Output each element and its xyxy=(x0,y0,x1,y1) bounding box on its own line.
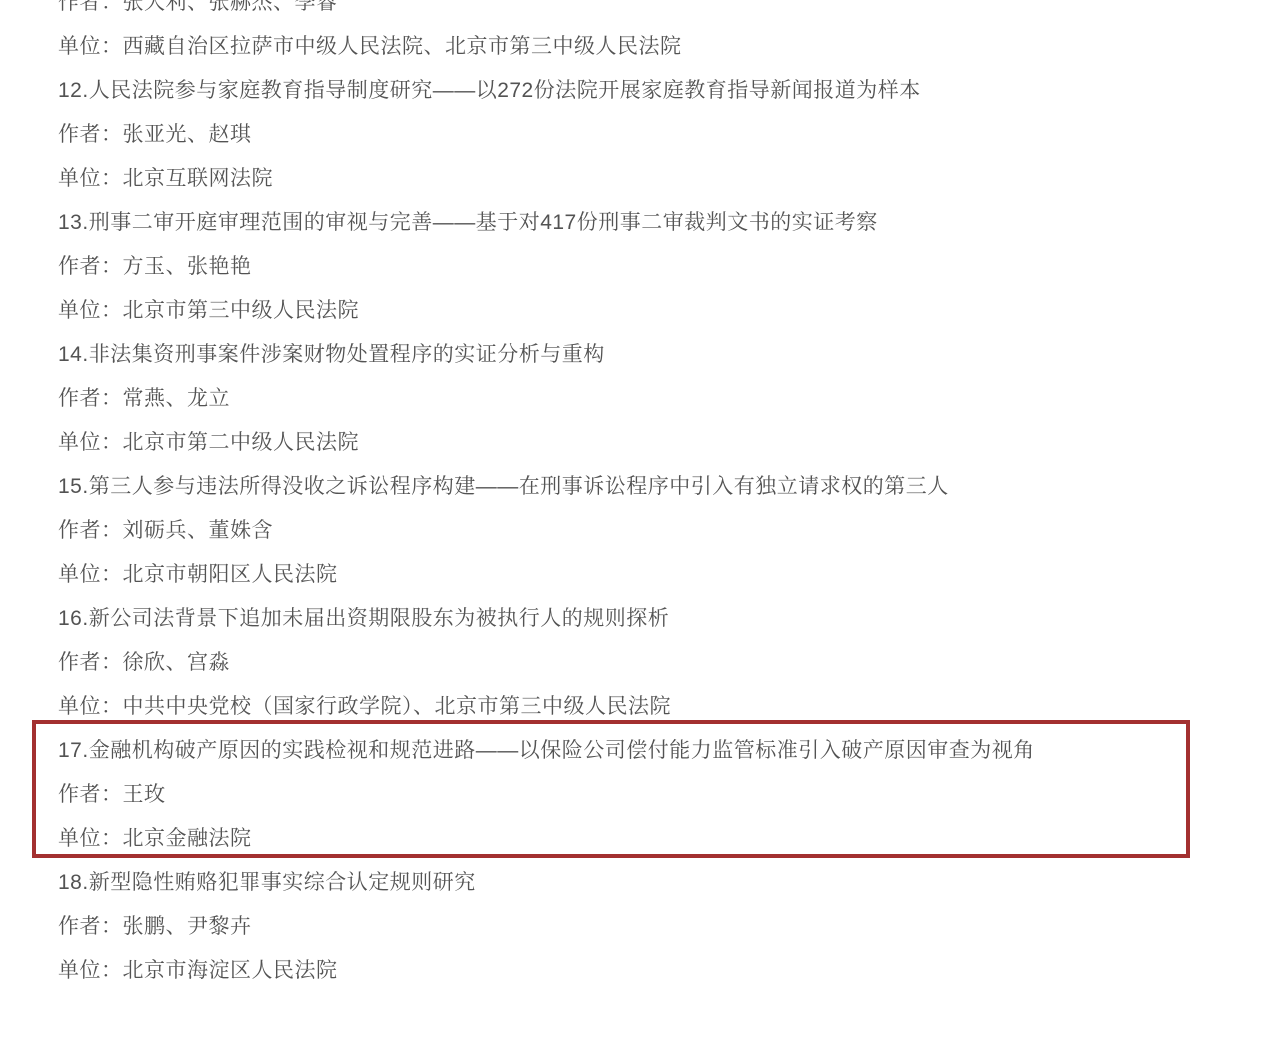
entry-title-line: 16.新公司法背景下追加未届出资期限股东为被执行人的规则探析 xyxy=(58,597,1238,641)
entry-author-line: 作者：徐欣、宫淼 xyxy=(58,641,1238,685)
entry-author-line: 作者：常燕、龙立 xyxy=(58,377,1238,421)
entry-author-line: 作者：王玫 xyxy=(58,773,1238,817)
entry-title-line: 13.刑事二审开庭审理范围的审视与完善——基于对417份刑事二审裁判文书的实证考… xyxy=(58,201,1238,245)
entry-unit-line: 单位：北京金融法院 xyxy=(58,817,1238,861)
entry-title-line: 14.非法集资刑事案件涉案财物处置程序的实证分析与重构 xyxy=(58,333,1238,377)
entry-title-line: 17.金融机构破产原因的实践检视和规范进路——以保险公司偿付能力监管标准引入破产… xyxy=(58,729,1238,773)
entry-title-line: 15.第三人参与违法所得没收之诉讼程序构建——在刑事诉讼程序中引入有独立请求权的… xyxy=(58,465,1238,509)
entry-unit-line: 单位：北京市第二中级人民法院 xyxy=(58,421,1238,465)
entry-unit-line: 单位：中共中央党校（国家行政学院）、北京市第三中级人民法院 xyxy=(58,685,1238,729)
entry-author-line: 作者：张鹏、尹黎卉 xyxy=(58,905,1238,949)
entry-unit-line: 单位：北京互联网法院 xyxy=(58,157,1238,201)
entry-author-line: 作者：张亚光、赵琪 xyxy=(58,113,1238,157)
entry-author-line: 作者：刘砺兵、董姝含 xyxy=(58,509,1238,553)
entry-author-line: 作者：张大利、张赫杰、李睿 xyxy=(58,0,1238,25)
document-page: 作者：张大利、张赫杰、李睿 单位：西藏自治区拉萨市中级人民法院、北京市第三中级人… xyxy=(58,0,1238,993)
entry-title-line: 12.人民法院参与家庭教育指导制度研究——以272份法院开展家庭教育指导新闻报道… xyxy=(58,69,1238,113)
entry-title-line: 18.新型隐性贿赂犯罪事实综合认定规则研究 xyxy=(58,861,1238,905)
entry-unit-line: 单位：北京市朝阳区人民法院 xyxy=(58,553,1238,597)
entry-unit-line: 单位：西藏自治区拉萨市中级人民法院、北京市第三中级人民法院 xyxy=(58,25,1238,69)
entry-unit-line: 单位：北京市海淀区人民法院 xyxy=(58,949,1238,993)
entry-unit-line: 单位：北京市第三中级人民法院 xyxy=(58,289,1238,333)
entry-author-line: 作者：方玉、张艳艳 xyxy=(58,245,1238,289)
